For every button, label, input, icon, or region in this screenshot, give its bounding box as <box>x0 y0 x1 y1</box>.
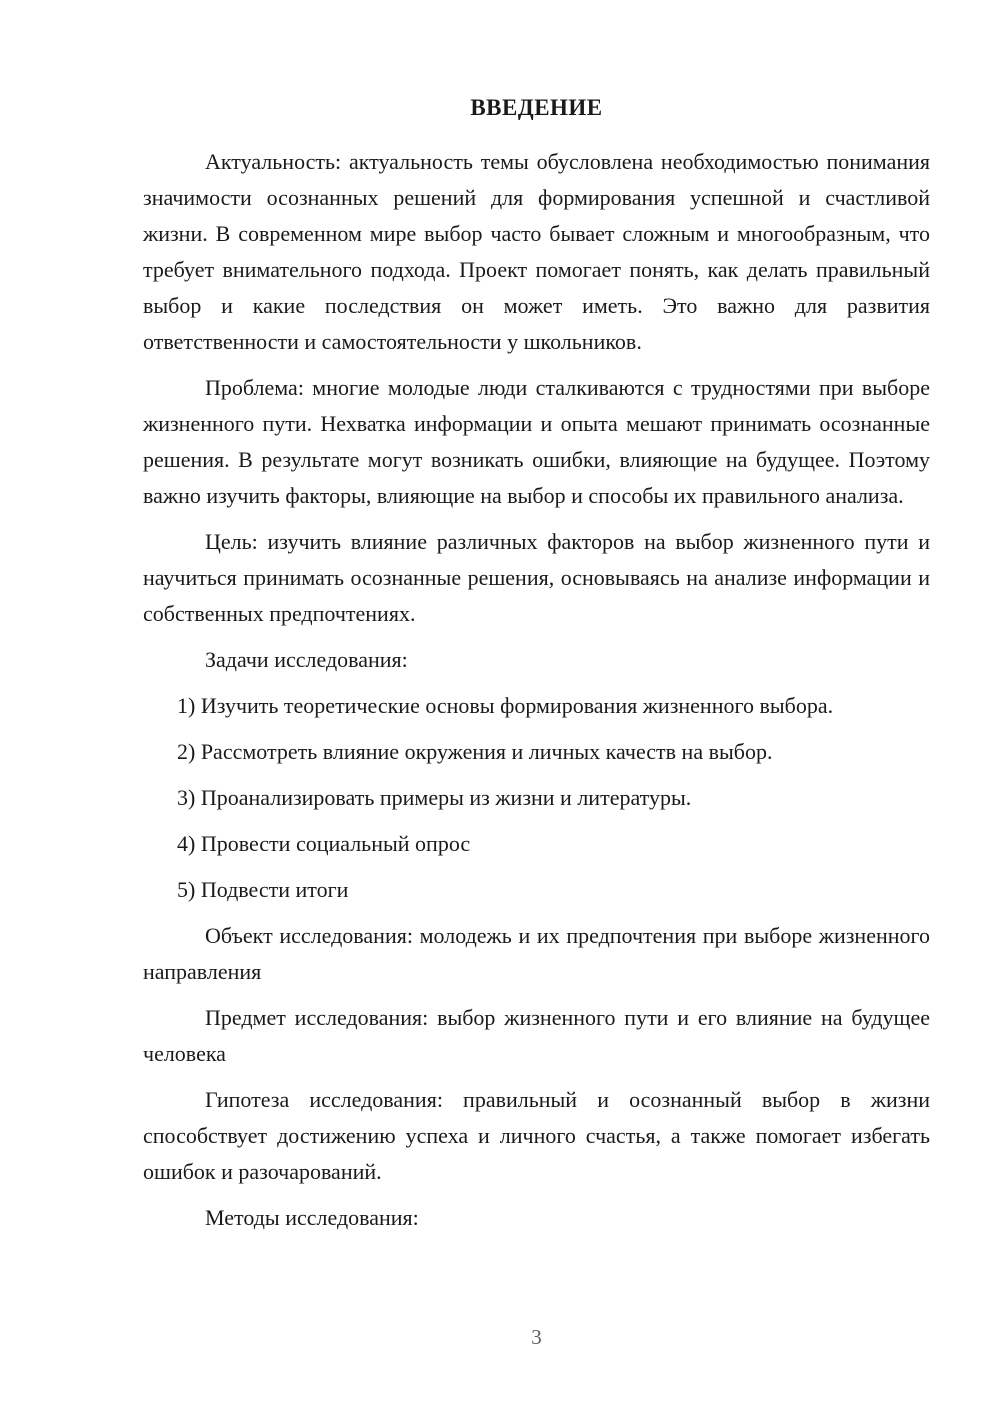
list-item: 3) Проанализировать примеры из жизни и л… <box>143 780 930 816</box>
list-item: 4) Провести социальный опрос <box>143 826 930 862</box>
paragraph: Предмет исследования: выбор жизненного п… <box>143 1000 930 1072</box>
paragraph: Цель: изучить влияние различных факторов… <box>143 524 930 632</box>
list-item: 1) Изучить теоретические основы формиров… <box>143 688 930 724</box>
document-body: Актуальность: актуальность темы обусловл… <box>143 144 930 1236</box>
paragraph: Объект исследования: молодежь и их предп… <box>143 918 930 990</box>
paragraph: Актуальность: актуальность темы обусловл… <box>143 144 930 360</box>
document-title: ВВЕДЕНИЕ <box>143 92 930 124</box>
list-item: 2) Рассмотреть влияние окружения и личны… <box>143 734 930 770</box>
paragraph: Проблема: многие молодые люди сталкивают… <box>143 370 930 514</box>
paragraph: Методы исследования: <box>143 1200 930 1236</box>
document-content: ВВЕДЕНИЕ Актуальность: актуальность темы… <box>143 92 930 1246</box>
paragraph: Гипотеза исследования: правильный и осоз… <box>143 1082 930 1190</box>
paragraph: Задачи исследования: <box>143 642 930 678</box>
list-item: 5) Подвести итоги <box>143 872 930 908</box>
page-footer: 3 <box>143 1322 930 1352</box>
document-page: ВВЕДЕНИЕ Актуальность: актуальность темы… <box>0 0 1000 1414</box>
page-number: 3 <box>531 1325 542 1349</box>
